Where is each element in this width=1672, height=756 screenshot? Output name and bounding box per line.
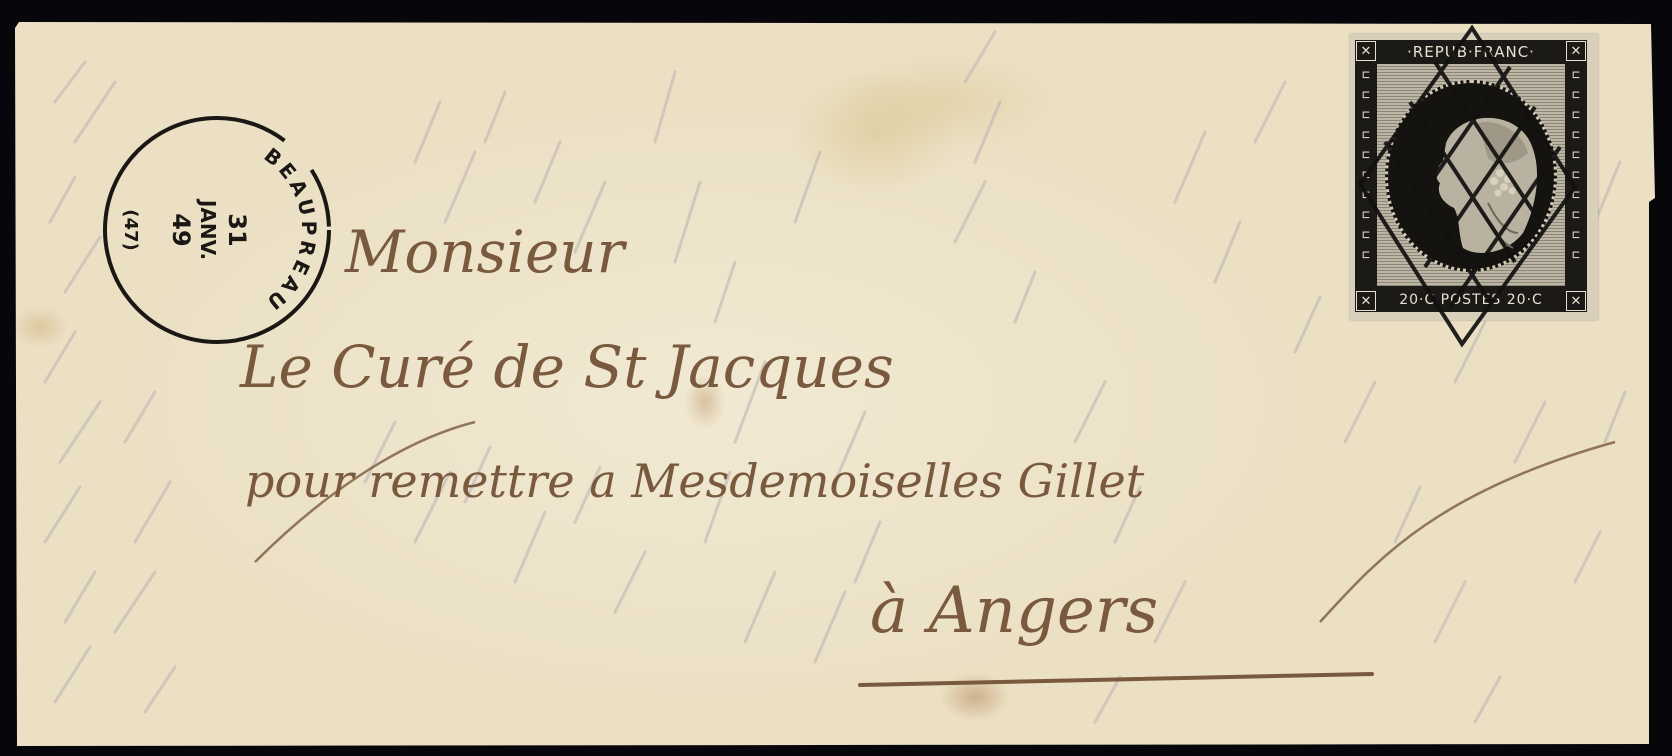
stamp-corner-cross-icon: ✕ (1566, 291, 1586, 311)
stamp-corner-cross-icon: ✕ (1356, 41, 1376, 61)
stamp-fret-border: ⊏ ⊏ ⊏ ⊏ ⊏ ⊏ ⊏ ⊏ ⊏ ⊏ (1566, 66, 1586, 284)
postage-stamp: ✕ ✕ ✕ ✕ ·REPUB·FRANC· 20·C POSTES 20·C ⊏… (1350, 34, 1600, 322)
stamp-top-label: ·REPUB·FRANC· (1377, 41, 1565, 63)
letter-cover: BEAUPREAU 31 JANV. 49 (47) Monsieur Le C… (15, 22, 1655, 746)
address-line-1: Monsieur (344, 218, 628, 286)
stamp-value-label: 20·C POSTES 20·C (1377, 289, 1565, 311)
stamp-fret-border: ⊏ ⊏ ⊏ ⊏ ⊏ ⊏ ⊏ ⊏ ⊏ ⊏ (1356, 66, 1376, 284)
ceres-head-portrait (1385, 80, 1557, 272)
stamp-frame: ✕ ✕ ✕ ✕ ·REPUB·FRANC· 20·C POSTES 20·C ⊏… (1355, 40, 1587, 312)
stamp-corner-cross-icon: ✕ (1356, 291, 1376, 311)
stamp-corner-cross-icon: ✕ (1566, 41, 1586, 61)
address-line-4: à Angers (870, 574, 1158, 648)
address-underline (860, 674, 1372, 685)
address-line-2: Le Curé de St Jacques (239, 333, 894, 401)
